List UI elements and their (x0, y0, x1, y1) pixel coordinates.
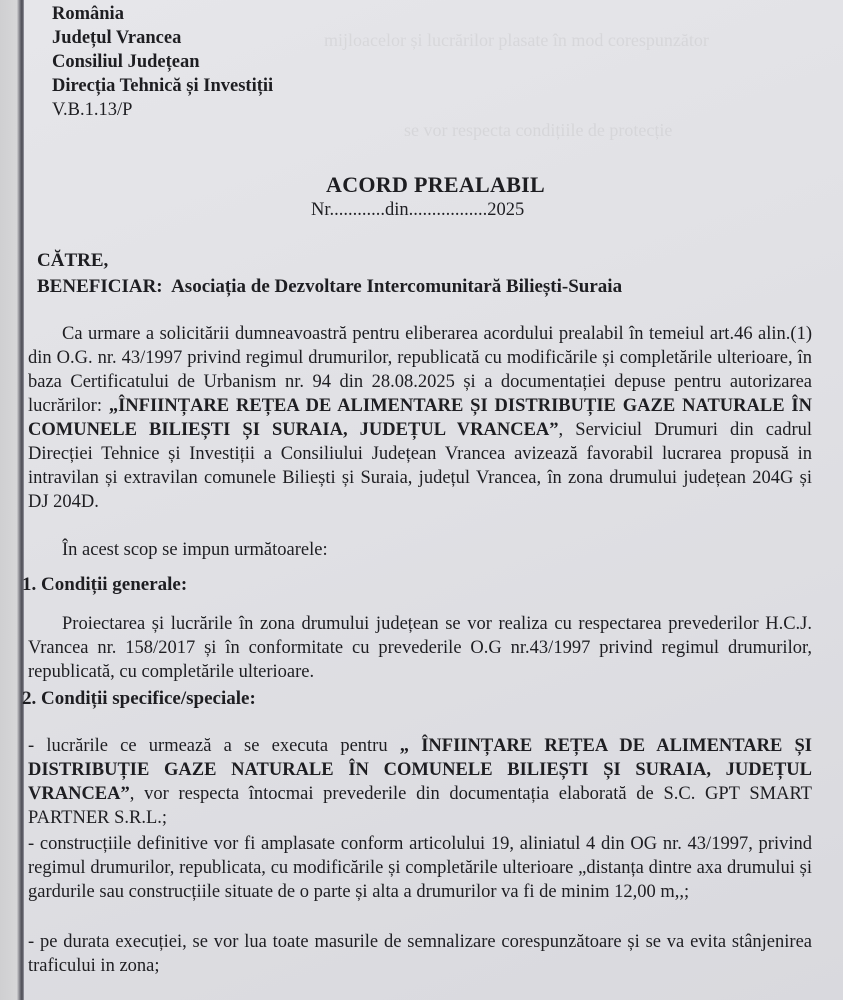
section-1-heading: 1. Condiții generale: (22, 574, 187, 596)
purpose-statement: În acest scop se impun următoarele: (28, 538, 812, 562)
section-2-item-1: - lucrările ce urmează a se executa pent… (28, 734, 812, 830)
section-2-item-3: - pe durata execuției, se vor lua toate … (28, 930, 812, 978)
registration-number: Nr............din.................2025 (311, 200, 524, 221)
council: Consiliul Județean (52, 50, 273, 74)
directorate: Direcția Tehnică și Investiții (52, 74, 273, 98)
country: România (52, 2, 273, 26)
section-2-item-2: - construcțiile definitive vor fi amplas… (28, 832, 812, 904)
item-1-text: - lucrările ce urmează a se executa pent… (28, 736, 400, 756)
document-title: ACORD PREALABIL (326, 172, 545, 198)
document-code: V.B.1.13/P (52, 98, 273, 122)
section-2-heading: 2. Condiții specifice/speciale: (22, 688, 256, 710)
intro-paragraph: Ca urmare a solicitării dumneavoastră pe… (28, 322, 812, 514)
bleed-through-text: se vor respecta condițiile de protecție (404, 120, 672, 141)
bleed-through-text: mijloacelor și lucrărilor plasate în mod… (324, 30, 709, 51)
page-binding-edge (0, 0, 24, 1000)
beneficiary-line: BENEFICIAR: Asociația de Dezvoltare Inte… (37, 276, 622, 298)
beneficiary-name: Asociația de Dezvoltare Intercomunitară … (171, 276, 622, 297)
beneficiary-label: BENEFICIAR: (37, 276, 163, 297)
addressee-label: CĂTRE, (37, 250, 108, 272)
county: Județul Vrancea (52, 26, 273, 50)
issuer-header: România Județul Vrancea Consiliul Județe… (52, 2, 273, 122)
section-1-text: Proiectarea și lucrările în zona drumulu… (28, 612, 812, 684)
item-1-text-continued: , vor respecta întocmai prevederile din … (28, 784, 812, 828)
